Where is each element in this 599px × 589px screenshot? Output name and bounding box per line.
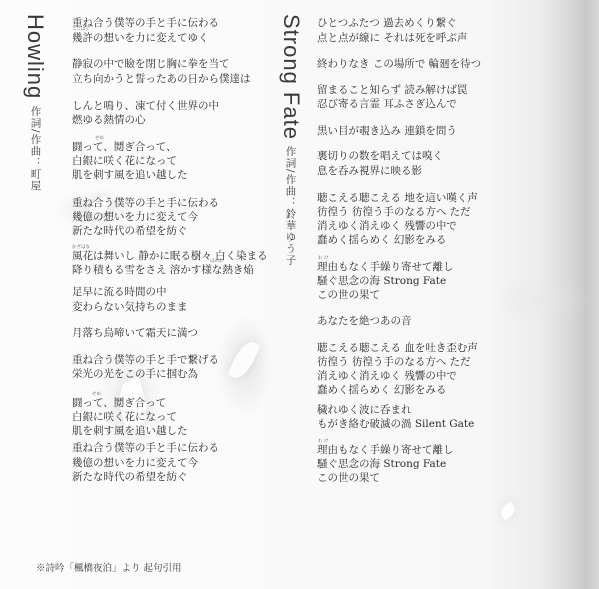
lyric-line: 消えゆく消えゆく 残響の中で	[317, 369, 457, 383]
lyric-line: 蠢めく揺らめく 幻影をみる	[317, 383, 446, 397]
lyric-line: 騒ぐ思念の海 Strong Fate	[317, 457, 446, 471]
lyric-line: 黒い目が覗き込み 連鎖を問う	[317, 124, 457, 138]
lyric-line: 重ね合う僕等の手と手に伝わる	[72, 441, 219, 455]
lyric-line: 忍び寄る言霊 耳ふさぎ込んで	[317, 97, 457, 111]
lyric-line: 重ね合う僕等の手と手に伝わる	[72, 196, 219, 210]
furigana: せめ	[95, 136, 104, 141]
lyric-line: 肌を刺す風を追い越した	[72, 168, 188, 182]
song-credit: 作詞/作曲：鈴華ゆう子	[285, 146, 296, 266]
lyric-line: 新たな時代の希望を紡ぐ	[72, 224, 188, 238]
lyric-line: 栄光の光をこの手に掴む為	[72, 367, 198, 381]
lyric-line: 幾億の想いを力に変えて今	[72, 210, 198, 224]
lyric-line: 幾億の想いを力に変えて今	[72, 456, 198, 470]
petal-decoration	[498, 501, 518, 520]
lyric-line: 裏切りの数を唱えては嗅く	[317, 149, 443, 163]
lyric-line: 留まること知らず 読み解けば罠	[317, 83, 467, 97]
furigana: ここばく	[72, 27, 90, 32]
lyric-line: 蠢めく揺らめく 幻影をみる	[317, 233, 446, 247]
lyric-line: 月落ち烏啼いて霜天に満つ	[72, 326, 198, 340]
lyric-line: 重ね合う僕等の手と手に伝わる	[72, 16, 219, 30]
lyric-line: 理由もなく手繰り寄せて離し	[317, 443, 454, 457]
lyric-line: 聴こえる聴こえる 血を吐き歪む声	[317, 341, 478, 355]
furigana: かざはな	[72, 245, 90, 250]
lyric-line: 白銀に咲く花になって	[72, 154, 177, 168]
lyric-line: 消えゆく消えゆく 残響の中で	[317, 219, 457, 233]
lyric-line: 闘って、鬩ぎ合って、	[72, 140, 177, 154]
lyric-line: 息を呑み視界に映る影	[317, 164, 422, 178]
lyric-line: しんと鳴り、凍て付く世界の中	[72, 99, 219, 113]
lyric-line: 降り積もる雪をさえ 溶かす様な熱き焔	[72, 263, 254, 277]
lyric-line: 彷徨う 彷徨う手のなる方へ ただ	[317, 205, 471, 219]
furigana: わ け	[318, 256, 328, 261]
lyric-line: 重ね合う僕等の手と手で繋げる	[72, 353, 219, 367]
lyric-line: 足早に流る時間の中	[72, 285, 167, 299]
lyric-line: この世の果て	[317, 471, 380, 485]
lyric-line: 彷徨う 彷徨う手のなる方へ ただ	[317, 355, 471, 369]
furigana: わ け	[318, 439, 328, 444]
lyrics-booklet-page: Howling 作詞/作曲：町屋 重ね合う僕等の手と手に伝わる 幾許の想いを力に…	[0, 0, 599, 589]
lyric-line: もがき絡む破滅の渦 Silent Gate	[317, 417, 474, 431]
lyric-line: 穢れゆく波に呑まれ	[317, 403, 412, 417]
song-credit: 作詞/作曲：町屋	[30, 106, 41, 191]
lyric-line: 肌を刺す風を追い越した	[72, 424, 188, 438]
lyric-line: 騒ぐ思念の海 Strong Fate	[317, 274, 446, 288]
lyric-line: 変わらない気持ちのまま	[72, 300, 188, 314]
furigana: せめ	[92, 392, 101, 397]
lyric-line: 新たな時代の希望を紡ぐ	[72, 470, 188, 484]
lyric-line: 点と点が線に それは死を呼ぶ声	[317, 31, 467, 45]
lyric-line: 聴こえる聴こえる 地を這い嘆く声	[317, 191, 478, 205]
lyric-line: ひとつふたつ 過去めくり繋ぐ	[317, 16, 457, 30]
song-title: Howling	[24, 14, 46, 99]
lyric-line: あなたを絶つあの音	[317, 314, 412, 328]
lyric-line: 闘って、鬩ぎ合って	[72, 396, 166, 410]
lyric-line: 終わりなき この場所で 輪廻を待つ	[317, 57, 481, 71]
furigana: ほのお	[210, 259, 224, 264]
petal-decoration	[227, 338, 260, 382]
lyric-line: この世の果て	[317, 288, 380, 302]
lyric-line: 幾許の想いを力に変えてゆく	[72, 31, 209, 45]
song-title: Strong Fate	[280, 14, 302, 140]
lyric-line: 理由もなく手繰り寄せて離し	[317, 260, 454, 274]
lyric-line: 静寂の中で瞼を閉じ胸に拳を当て	[72, 57, 230, 71]
lyric-line: 白銀に咲く花になって	[72, 410, 177, 424]
lyric-line: 風花は舞いし 静かに眠る樹々 白く染まる	[72, 249, 268, 263]
lyric-line: 立ち向かうと誓ったあの日から僕達は	[72, 72, 251, 86]
lyric-line: 燃ゆる熱情の心	[72, 113, 146, 127]
footnote: ※詩吟「楓橋夜泊」より 起句引用	[36, 560, 182, 574]
